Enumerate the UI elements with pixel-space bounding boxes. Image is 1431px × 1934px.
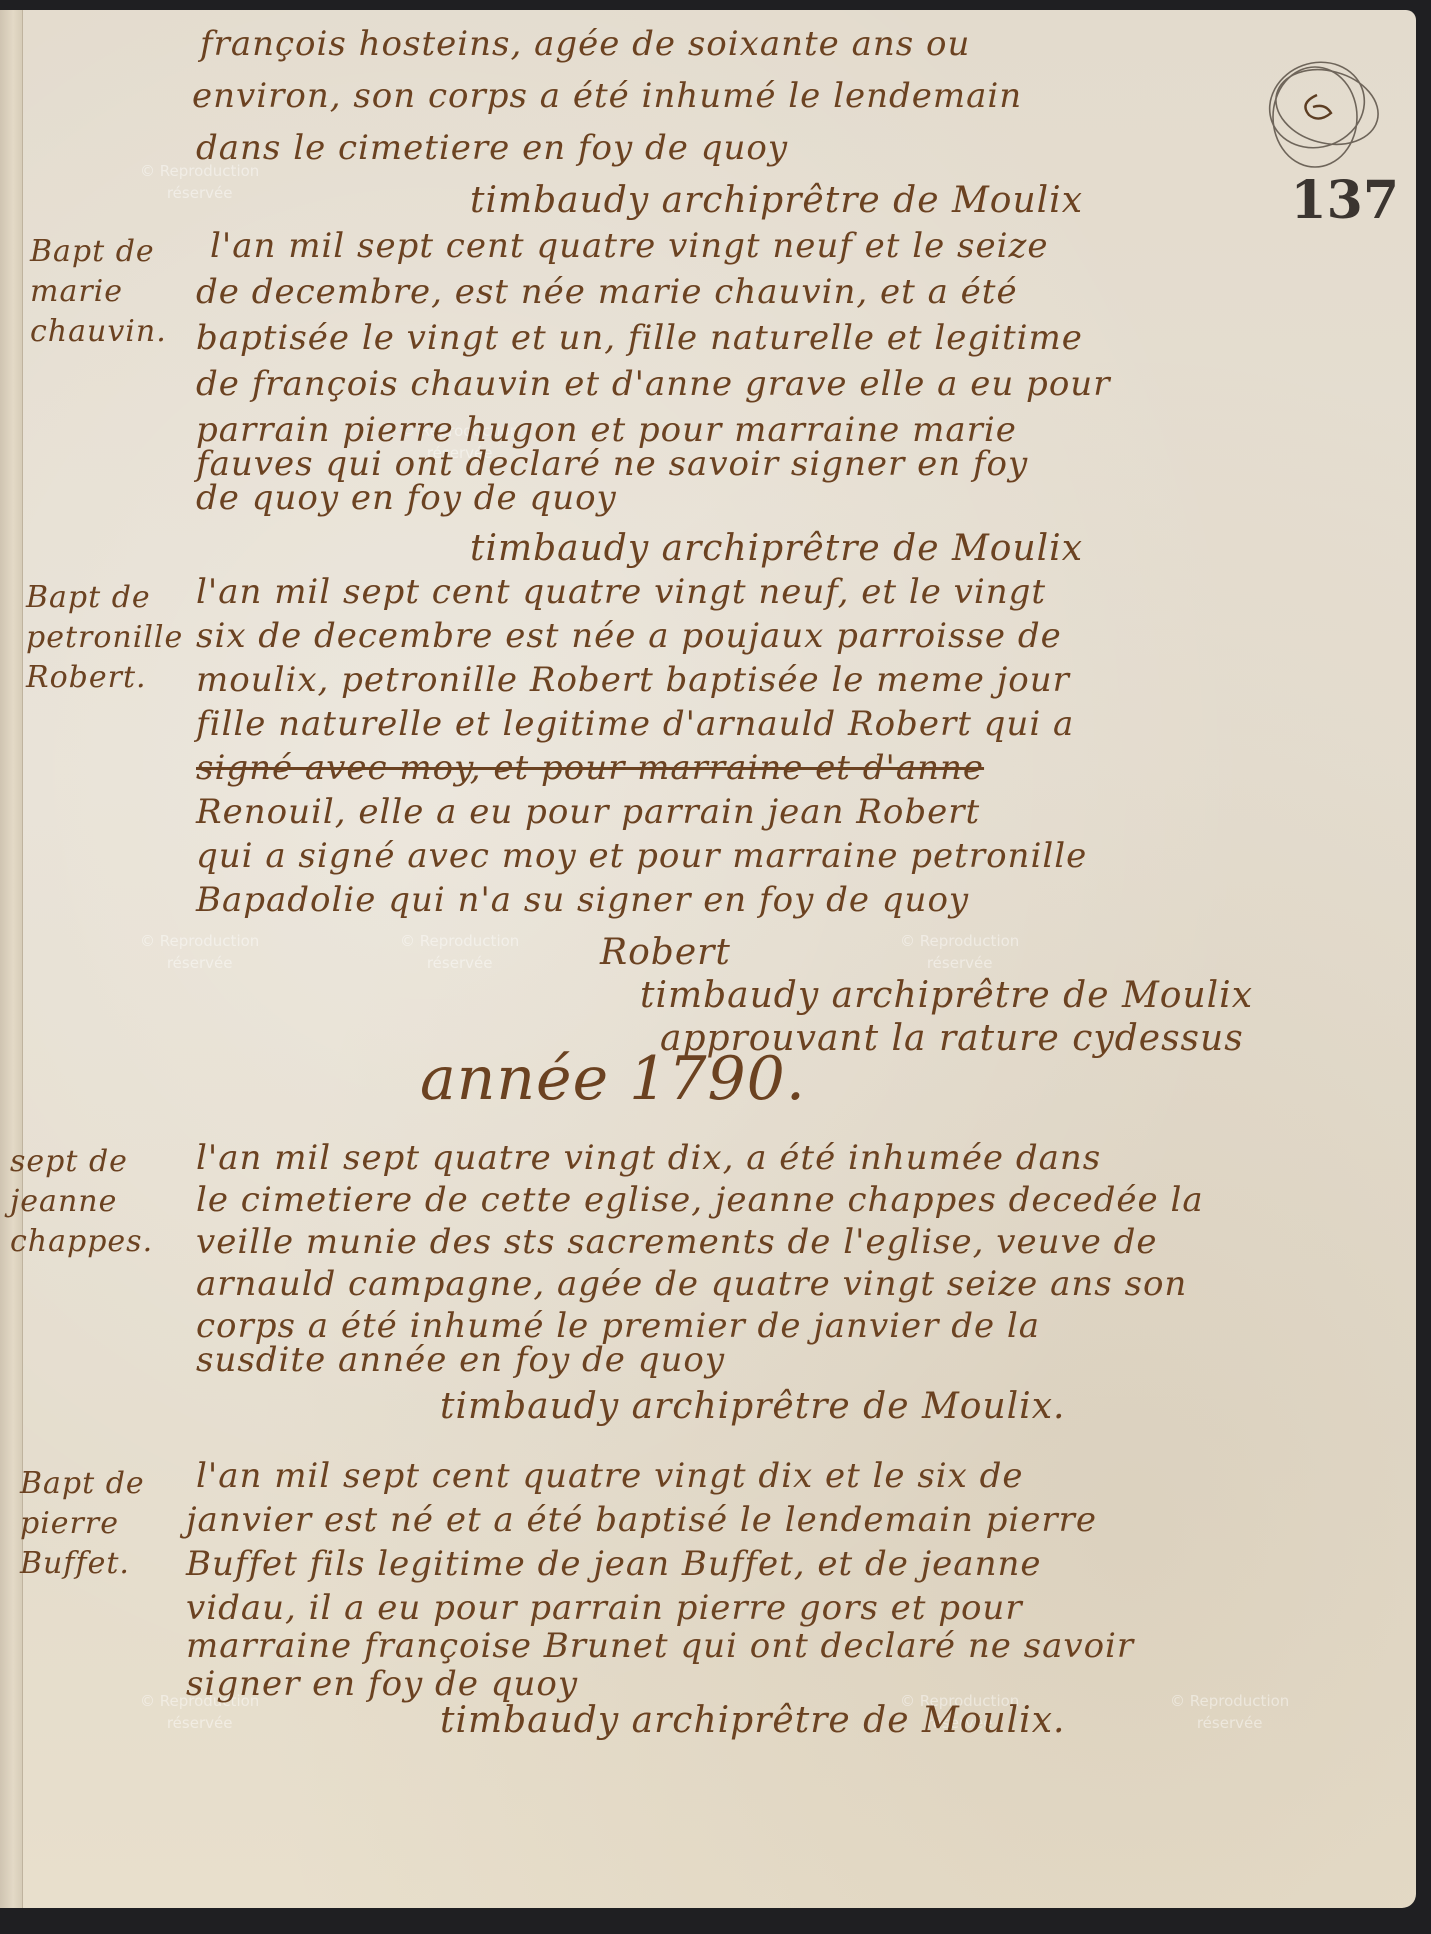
- text-line: environ, son corps a été inhumé le lende…: [192, 76, 1022, 116]
- folio-number: 137: [1290, 170, 1399, 231]
- text-line: Renouil, elle a eu pour parrain jean Rob…: [196, 792, 980, 832]
- struck-text-line: signé avec moy, et pour marraine et d'an…: [196, 748, 984, 788]
- page-binding-edge: [0, 10, 23, 1908]
- text-line: vidau, il a eu pour parrain pierre gors …: [186, 1588, 1023, 1628]
- text-line: le cimetiere de cette eglise, jeanne cha…: [196, 1180, 1204, 1220]
- text-line: de françois chauvin et d'anne grave elle…: [196, 364, 1110, 404]
- year-heading: année 1790.: [420, 1044, 806, 1114]
- text-line: de decembre, est née marie chauvin, et a…: [196, 272, 1018, 312]
- watermark: © Reproduction réservée: [140, 930, 259, 974]
- text-line: l'an mil sept cent quatre vingt neuf et …: [210, 226, 1049, 266]
- signature: timbaudy archiprêtre de Moulix.: [440, 1386, 1065, 1427]
- text-line: susdite année en foy de quoy: [196, 1340, 725, 1380]
- watermark: © Reproduction réservée: [1170, 1690, 1289, 1734]
- signature-timbaudy: timbaudy archiprêtre de Moulix: [640, 975, 1253, 1016]
- paraph-flourish-icon: [1245, 35, 1395, 175]
- text-line: l'an mil sept quatre vingt dix, a été in…: [196, 1138, 1101, 1178]
- text-line: baptisée le vingt et un, fille naturelle…: [196, 318, 1083, 358]
- text-line: janvier est né et a été baptisé le lende…: [186, 1500, 1097, 1540]
- text-line: fille naturelle et legitime d'arnauld Ro…: [196, 704, 1074, 744]
- margin-note: sept de jeanne chappes.: [10, 1142, 153, 1262]
- margin-note: Bapt de marie chauvin.: [30, 232, 167, 352]
- watermark: © Reproduction réservée: [900, 930, 1019, 974]
- text-line: Buffet fils legitime de jean Buffet, et …: [186, 1544, 1042, 1584]
- text-line: dans le cimetiere en foy de quoy: [196, 128, 788, 168]
- text-line: arnauld campagne, agée de quatre vingt s…: [196, 1264, 1187, 1304]
- signature: timbaudy archiprêtre de Moulix: [470, 180, 1083, 221]
- text-line: marraine françoise Brunet qui ont declar…: [186, 1626, 1134, 1666]
- text-line: de quoy en foy de quoy: [196, 478, 617, 518]
- text-line: l'an mil sept cent quatre vingt neuf, et…: [196, 572, 1046, 612]
- signature-robert: Robert: [600, 932, 731, 973]
- signature: timbaudy archiprêtre de Moulix: [470, 528, 1083, 569]
- text-line: l'an mil sept cent quatre vingt dix et l…: [196, 1456, 1024, 1496]
- signature: timbaudy archiprêtre de Moulix.: [440, 1700, 1065, 1741]
- text-line: veille munie des sts sacrements de l'egl…: [196, 1222, 1158, 1262]
- text-line: six de decembre est née a poujaux parroi…: [196, 616, 1062, 656]
- text-line: françois hosteins, agée de soixante ans …: [200, 24, 970, 64]
- margin-note: Bapt de petronille Robert.: [26, 578, 183, 698]
- text-line: signer en foy de quoy: [186, 1664, 578, 1704]
- text-line: qui a signé avec moy et pour marraine pe…: [196, 836, 1087, 876]
- text-line: moulix, petronille Robert baptisée le me…: [196, 660, 1070, 700]
- watermark: © Reproduction réservée: [400, 930, 519, 974]
- margin-note: Bapt de pierre Buffet.: [20, 1464, 145, 1584]
- text-line: Bapadolie qui n'a su signer en foy de qu…: [196, 880, 969, 920]
